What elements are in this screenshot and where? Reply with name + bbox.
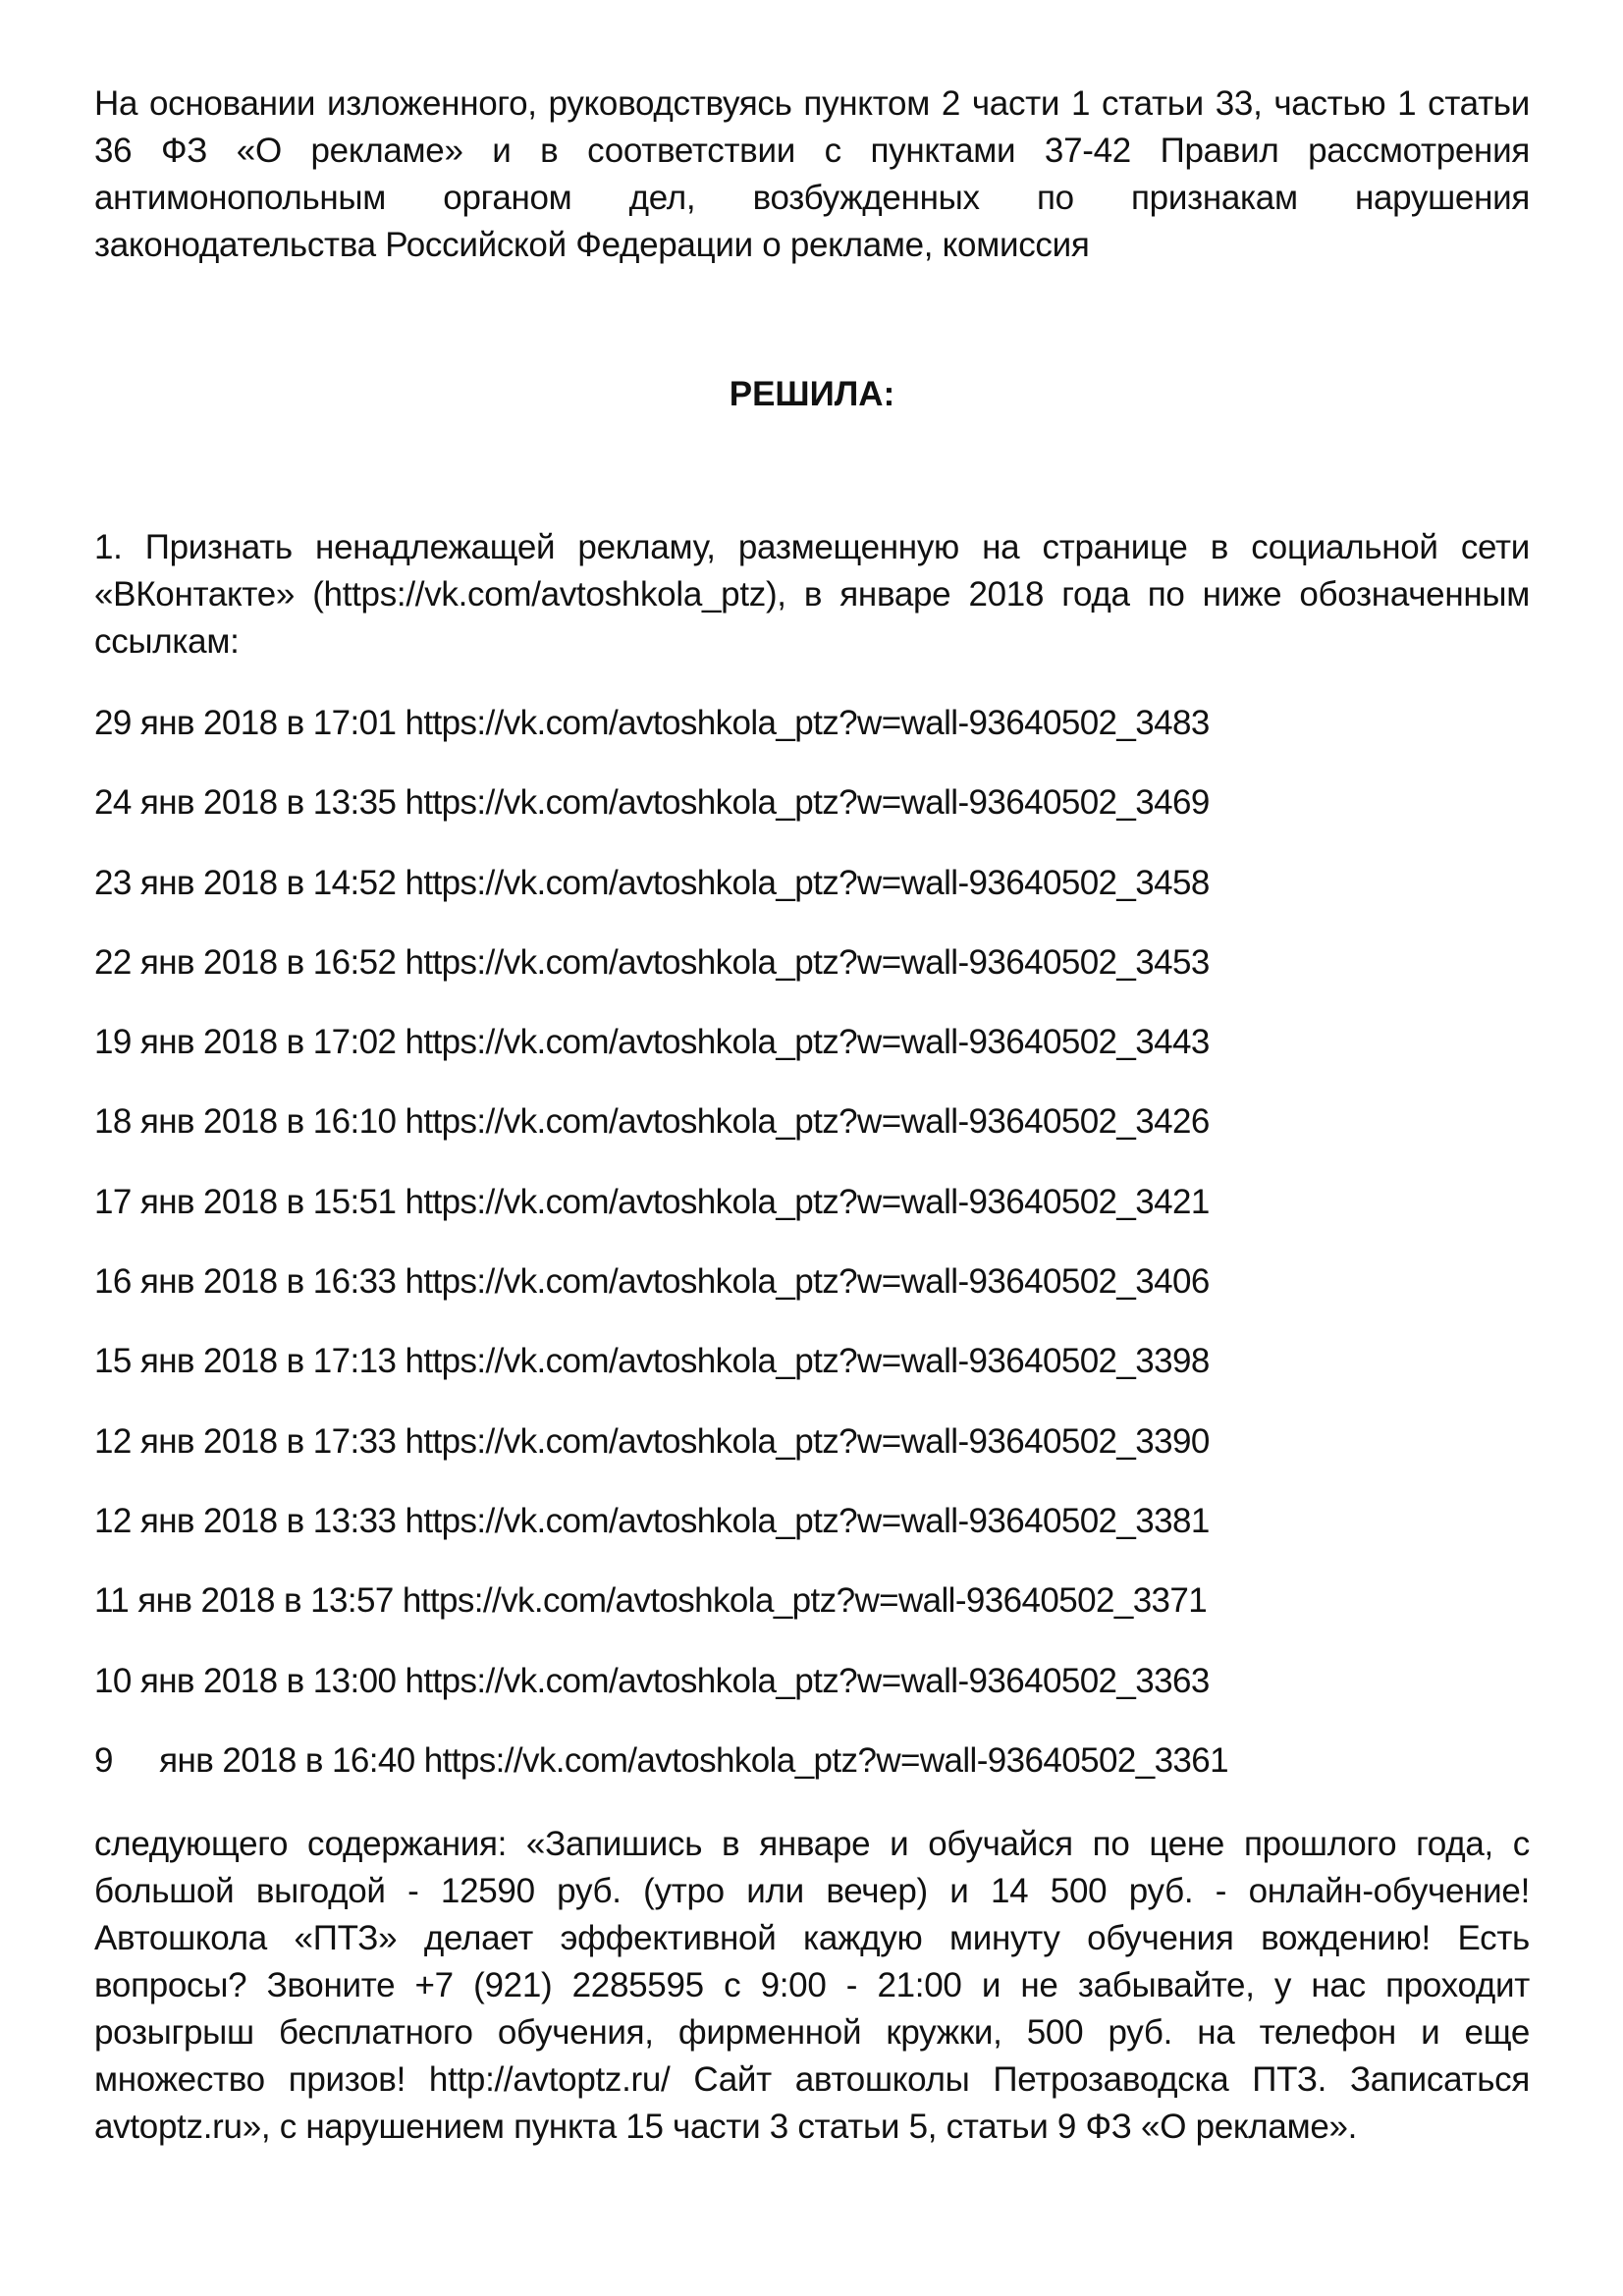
list-item: 24 янв 2018 в 13:35 https://vk.com/avtos… bbox=[94, 779, 1228, 859]
post-url-link[interactable]: https://vk.com/avtoshkola_ptz?w=wall-936… bbox=[405, 1342, 1209, 1380]
post-date: 16 янв 2018 в 16:33 bbox=[94, 1262, 396, 1301]
list-item: 18 янв 2018 в 16:10 https://vk.com/avtos… bbox=[94, 1098, 1228, 1178]
post-date: 11 янв 2018 в 13:57 bbox=[94, 1581, 394, 1620]
post-url-link[interactable]: https://vk.com/avtoshkola_ptz?w=wall-936… bbox=[405, 783, 1209, 822]
list-item: 16 янв 2018 в 16:33 https://vk.com/avtos… bbox=[94, 1258, 1228, 1338]
post-date: 12 янв 2018 в 17:33 bbox=[94, 1422, 396, 1461]
post-date: 12 янв 2018 в 13:33 bbox=[94, 1502, 396, 1540]
post-url-link[interactable]: https://vk.com/avtoshkola_ptz?w=wall-936… bbox=[405, 1422, 1209, 1461]
post-url-link[interactable]: https://vk.com/avtoshkola_ptz?w=wall-936… bbox=[405, 1183, 1209, 1221]
list-item: 9янв 2018 в 16:40 https://vk.com/avtoshk… bbox=[94, 1737, 1228, 1817]
post-url-link[interactable]: https://vk.com/avtoshkola_ptz?w=wall-936… bbox=[405, 943, 1209, 982]
list-item: 19 янв 2018 в 17:02 https://vk.com/avtos… bbox=[94, 1019, 1228, 1098]
post-url-link[interactable]: https://vk.com/avtoshkola_ptz?w=wall-936… bbox=[405, 1262, 1209, 1301]
post-date: 22 янв 2018 в 16:52 bbox=[94, 943, 396, 982]
post-date: 29 янв 2018 в 17:01 bbox=[94, 704, 396, 742]
ad-content-paragraph: следующего содержания: «Запишись в январ… bbox=[94, 1821, 1530, 2151]
post-date: 15 янв 2018 в 17:13 bbox=[94, 1342, 396, 1380]
post-url-link[interactable]: https://vk.com/avtoshkola_ptz?w=wall-936… bbox=[405, 1502, 1209, 1540]
post-url-link[interactable]: https://vk.com/avtoshkola_ptz?w=wall-936… bbox=[405, 864, 1209, 902]
list-item: 12 янв 2018 в 13:33 https://vk.com/avtos… bbox=[94, 1498, 1228, 1577]
list-item: 11 янв 2018 в 13:57 https://vk.com/avtos… bbox=[94, 1577, 1228, 1657]
post-date: 18 янв 2018 в 16:10 bbox=[94, 1102, 396, 1141]
list-item: 23 янв 2018 в 14:52 https://vk.com/avtos… bbox=[94, 860, 1228, 939]
post-date: 9янв 2018 в 16:40 bbox=[94, 1741, 415, 1780]
post-url-link[interactable]: https://vk.com/avtoshkola_ptz?w=wall-936… bbox=[405, 704, 1209, 742]
list-item: 22 янв 2018 в 16:52 https://vk.com/avtos… bbox=[94, 939, 1228, 1019]
post-url-link[interactable]: https://vk.com/avtoshkola_ptz?w=wall-936… bbox=[424, 1741, 1228, 1780]
list-item: 15 янв 2018 в 17:13 https://vk.com/avtos… bbox=[94, 1338, 1228, 1417]
post-url-link[interactable]: https://vk.com/avtoshkola_ptz?w=wall-936… bbox=[405, 1662, 1209, 1700]
post-date: 17 янв 2018 в 15:51 bbox=[94, 1183, 396, 1221]
list-item: 12 янв 2018 в 17:33 https://vk.com/avtos… bbox=[94, 1418, 1228, 1498]
post-url-link[interactable]: https://vk.com/avtoshkola_ptz?w=wall-936… bbox=[403, 1581, 1207, 1620]
decision-item-1: 1. Признать ненадлежащей рекламу, размещ… bbox=[94, 524, 1530, 666]
intro-paragraph: На основании изложенного, руководствуясь… bbox=[94, 80, 1530, 269]
post-date: 24 янв 2018 в 13:35 bbox=[94, 783, 396, 822]
post-date: 10 янв 2018 в 13:00 bbox=[94, 1662, 396, 1700]
post-url-link[interactable]: https://vk.com/avtoshkola_ptz?w=wall-936… bbox=[405, 1023, 1209, 1061]
post-date: 23 янв 2018 в 14:52 bbox=[94, 864, 396, 902]
decision-heading: РЕШИЛА: bbox=[94, 371, 1530, 418]
list-item: 17 янв 2018 в 15:51 https://vk.com/avtos… bbox=[94, 1179, 1228, 1258]
list-item: 10 янв 2018 в 13:00 https://vk.com/avtos… bbox=[94, 1658, 1228, 1737]
list-item: 29 янв 2018 в 17:01 https://vk.com/avtos… bbox=[94, 700, 1228, 779]
post-links-list: 29 янв 2018 в 17:01 https://vk.com/avtos… bbox=[94, 700, 1228, 1817]
post-url-link[interactable]: https://vk.com/avtoshkola_ptz?w=wall-936… bbox=[405, 1102, 1209, 1141]
post-date: 19 янв 2018 в 17:02 bbox=[94, 1023, 396, 1061]
